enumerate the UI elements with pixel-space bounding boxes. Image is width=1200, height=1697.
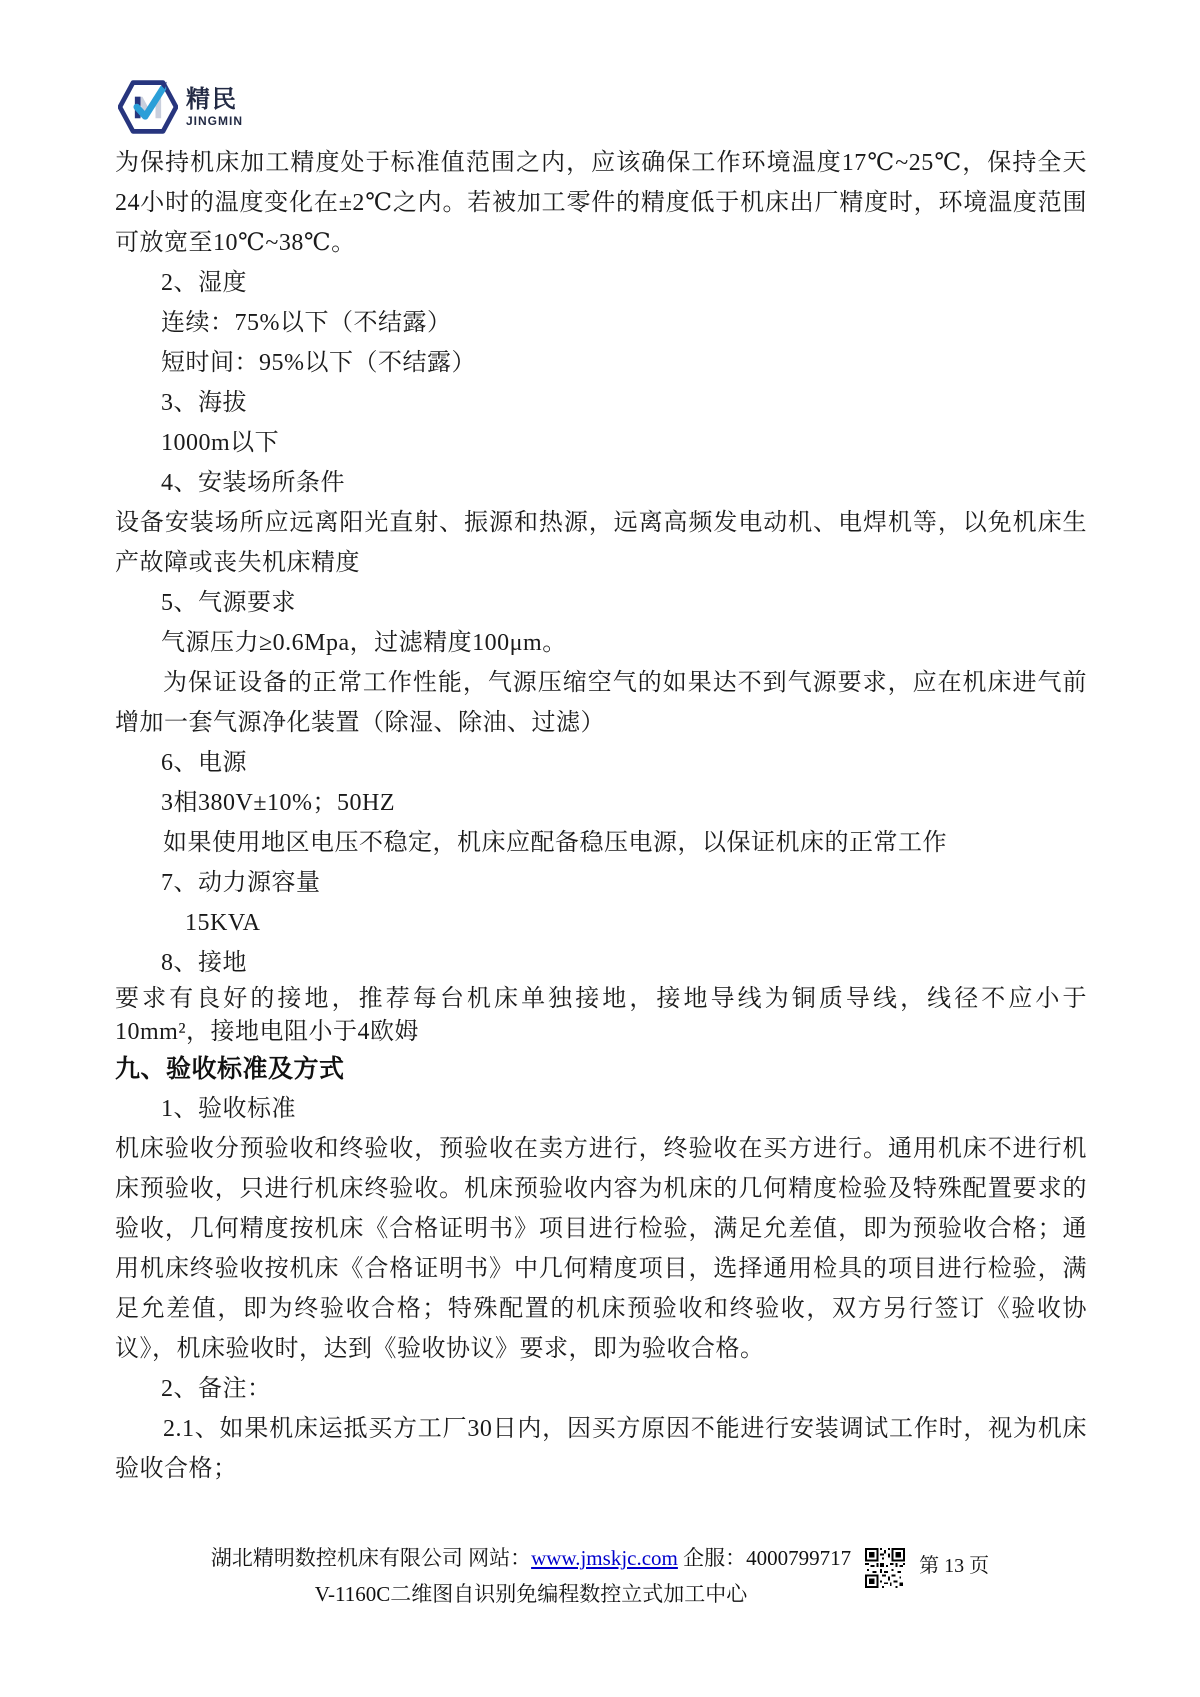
company-logo: 精民 JINGMIN — [118, 76, 243, 138]
paragraph: 2、湿度 — [115, 263, 1087, 303]
footer-text: 湖北精明数控机床有限公司 网站：www.jmskjc.com 企服：400079… — [211, 1540, 851, 1612]
page-number: 第 13 页 — [919, 1548, 989, 1584]
page-footer: 湖北精明数控机床有限公司 网站：www.jmskjc.com 企服：400079… — [0, 1540, 1200, 1612]
paragraph: 为保证设备的正常工作性能，气源压缩空气的如果达不到气源要求，应在机床进气前增加一… — [115, 663, 1087, 743]
document-body: 为保持机床加工精度处于标准值范围之内，应该确保工作环境温度17℃~25℃，保持全… — [115, 143, 1087, 1489]
paragraph: 3、海拔 — [115, 383, 1087, 423]
paragraph: 设备安装场所应远离阳光直射、振源和热源，远离高频发电动机、电焊机等，以免机床生产… — [115, 503, 1087, 583]
paragraph: 机床验收分预验收和终验收，预验收在卖方进行，终验收在买方进行。通用机床不进行机床… — [115, 1129, 1087, 1369]
paragraph: 3相380V±10%；50HZ — [115, 783, 1087, 823]
logo-brand-en: JINGMIN — [186, 115, 243, 127]
document-page: 精民 JINGMIN 为保持机床加工精度处于标准值范围之内，应该确保工作环境温度… — [0, 0, 1200, 1697]
footer-doc-title: V-1160C二维图自识别免编程数控立式加工中心 — [211, 1576, 851, 1612]
logo-brand-cn: 精民 — [186, 88, 243, 112]
footer-service-label: 企服： — [683, 1546, 746, 1570]
paragraph: 4、安装场所条件 — [115, 463, 1087, 503]
paragraph: 2、备注： — [115, 1369, 1087, 1409]
footer-website-link[interactable]: www.jmskjc.com — [531, 1546, 678, 1570]
paragraph: 如果使用地区电压不稳定，机床应配备稳压电源，以保证机床的正常工作 — [115, 823, 1087, 863]
paragraph: 要求有良好的接地，推荐每台机床单独接地，接地导线为铜质导线，线径不应小于10mm… — [115, 983, 1087, 1049]
paragraph: 短时间：95%以下（不结露） — [115, 343, 1087, 383]
footer-company: 湖北精明数控机床有限公司 — [211, 1546, 463, 1570]
paragraph: 气源压力≥0.6Mpa，过滤精度100μm。 — [115, 623, 1087, 663]
footer-website-label: 网站： — [468, 1546, 531, 1570]
footer-company-line: 湖北精明数控机床有限公司 网站：www.jmskjc.com 企服：400079… — [211, 1540, 851, 1576]
paragraph: 7、动力源容量 — [115, 863, 1087, 903]
paragraph: 5、气源要求 — [115, 583, 1087, 623]
footer-service-phone: 4000799717 — [746, 1546, 851, 1570]
paragraph: 1000m以下 — [115, 423, 1087, 463]
logo-wordmark: 精民 JINGMIN — [186, 88, 243, 127]
paragraph: 8、接地 — [115, 943, 1087, 983]
paragraph: 15KVA — [115, 903, 1087, 943]
qr-code-icon — [865, 1548, 905, 1588]
paragraph: 为保持机床加工精度处于标准值范围之内，应该确保工作环境温度17℃~25℃，保持全… — [115, 143, 1087, 263]
paragraph: 6、电源 — [115, 743, 1087, 783]
jingmin-hexagon-logo-icon — [118, 76, 178, 138]
section-heading: 九、验收标准及方式 — [115, 1049, 1087, 1089]
paragraph: 1、验收标准 — [115, 1089, 1087, 1129]
paragraph: 连续：75%以下（不结露） — [115, 303, 1087, 343]
paragraph: 2.1、如果机床运抵买方工厂30日内，因买方原因不能进行安装调试工作时，视为机床… — [115, 1409, 1087, 1489]
